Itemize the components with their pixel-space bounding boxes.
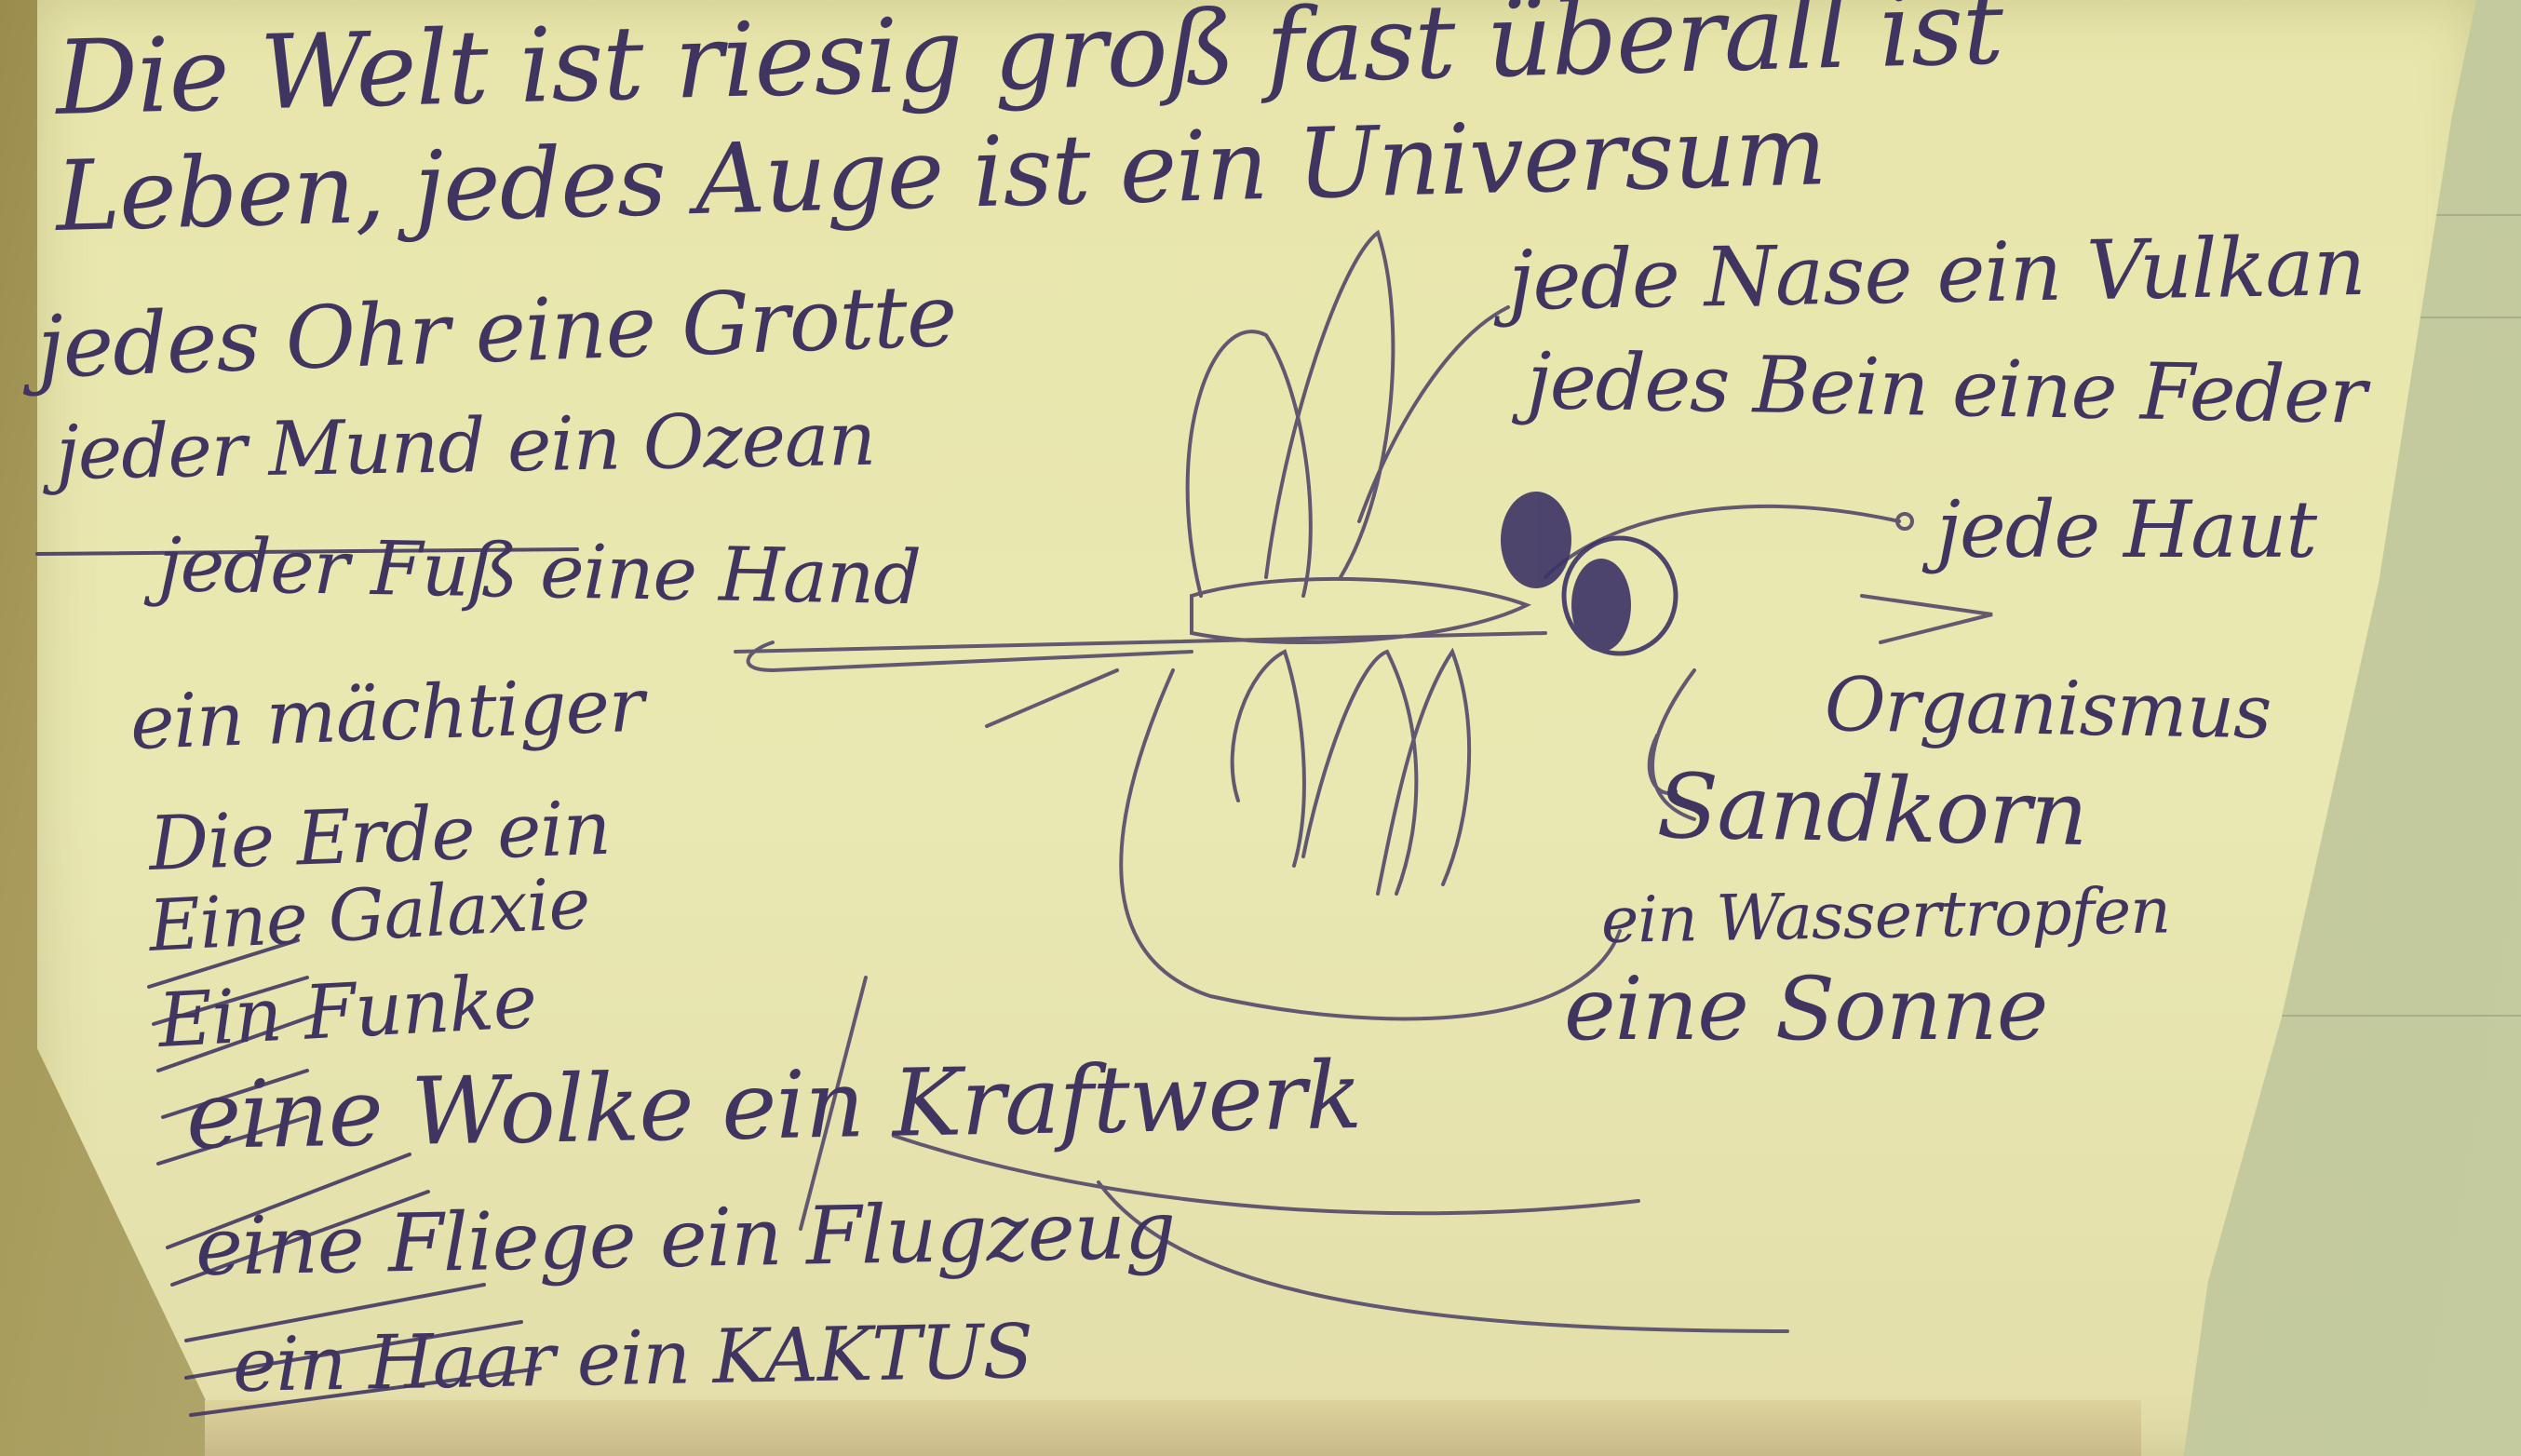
line-4a: jeder Mund ein Ozean: [55, 396, 876, 496]
line-12: ein Haar ein KAKTUS: [232, 1308, 1033, 1409]
line-4b: jedes Bein eine Feder: [1526, 335, 2366, 441]
line-7b: Sandkorn: [1656, 754, 2088, 866]
line-11: eine Fliege ein Flugzeug: [195, 1184, 1176, 1294]
line-5b: jede Haut: [1936, 484, 2316, 575]
eye-left: [1501, 492, 1571, 588]
line-5a: jeder Fuß eine Hand: [157, 521, 921, 621]
line-6b: Organismus: [1824, 661, 2272, 755]
line-8b: ein Wassertropfen: [1600, 874, 2170, 958]
line-6a: ein mächtiger: [128, 662, 644, 766]
wing-right: [1266, 233, 1393, 577]
wing-left: [1188, 331, 1311, 596]
line-3b: jede Nase ein Vulkan: [1507, 218, 2366, 329]
line-10: eine Wolke ein Kraftwerk: [185, 1041, 1362, 1170]
fly-abdomen: [1121, 670, 1620, 1018]
line-9b: eine Sonne: [1564, 959, 2047, 1060]
